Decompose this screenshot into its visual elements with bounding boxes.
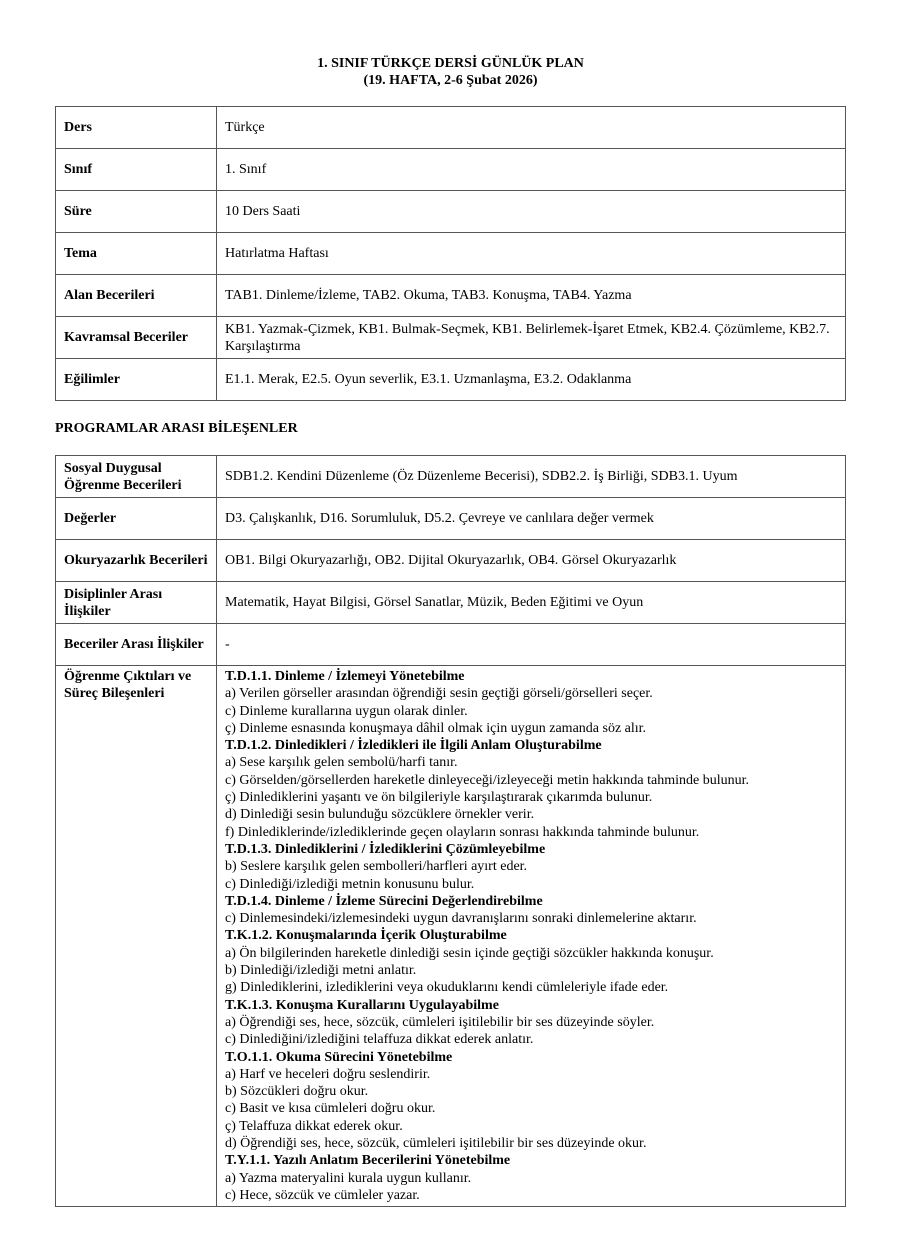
row-value: D3. Çalışkanlık, D16. Sorumluluk, D5.2. … <box>217 498 846 540</box>
outcome-item: ç) Dinleme esnasında konuşmaya dâhil olm… <box>225 720 837 737</box>
table-row-beceriler-arasi: Beceriler Arası İlişkiler - <box>56 624 846 666</box>
table-row-sinif: Sınıf 1. Sınıf <box>56 149 846 191</box>
table-row-alan-becerileri: Alan Becerileri TAB1. Dinleme/İzleme, TA… <box>56 275 846 317</box>
outcome-item: a) Ön bilgilerinden hareketle dinlediği … <box>225 945 837 962</box>
row-value: 1. Sınıf <box>217 149 846 191</box>
outcome-item: c) Dinlediğini/izlediğini telaffuza dikk… <box>225 1031 837 1048</box>
row-value: - <box>217 624 846 666</box>
general-info-table: Ders Türkçe Sınıf 1. Sınıf Süre 10 Ders … <box>55 106 846 401</box>
row-value: TAB1. Dinleme/İzleme, TAB2. Okuma, TAB3.… <box>217 275 846 317</box>
row-label: Tema <box>56 233 217 275</box>
outcome-item: a) Sese karşılık gelen sembolü/harfi tan… <box>225 754 837 771</box>
outcome-item: g) Dinlediklerini, izlediklerini veya ok… <box>225 979 837 996</box>
outcome-group: T.K.1.2. Konuşmalarında İçerik Oluşturab… <box>225 927 837 996</box>
row-label: Kavramsal Beceriler <box>56 317 217 359</box>
row-value: KB1. Yazmak-Çizmek, KB1. Bulmak-Seçmek, … <box>217 317 846 359</box>
row-label: Disiplinler Arası İlişkiler <box>56 582 217 624</box>
outcome-item: a) Yazma materyalini kurala uygun kullan… <box>225 1170 837 1187</box>
row-label: Okuryazarlık Becerileri <box>56 540 217 582</box>
row-label: Beceriler Arası İlişkiler <box>56 624 217 666</box>
outcome-title: T.K.1.3. Konuşma Kurallarını Uygulayabil… <box>225 997 837 1014</box>
table-row-tema: Tema Hatırlatma Haftası <box>56 233 846 275</box>
outcome-group: T.D.1.2. Dinledikleri / İzledikleri ile … <box>225 737 837 841</box>
outcome-item: c) Görselden/görsellerden hareketle dinl… <box>225 772 837 789</box>
outcome-title: T.D.1.2. Dinledikleri / İzledikleri ile … <box>225 737 837 754</box>
title-line-1: 1. SINIF TÜRKÇE DERSİ GÜNLÜK PLAN <box>55 55 846 72</box>
row-label: Ders <box>56 107 217 149</box>
outcome-title: T.D.1.3. Dinlediklerini / İzlediklerini … <box>225 841 837 858</box>
row-value: Türkçe <box>217 107 846 149</box>
outcome-title: T.D.1.1. Dinleme / İzlemeyi Yönetebilme <box>225 668 837 685</box>
title-line-2: (19. HAFTA, 2-6 Şubat 2026) <box>55 72 846 89</box>
document-title: 1. SINIF TÜRKÇE DERSİ GÜNLÜK PLAN (19. H… <box>55 55 846 89</box>
row-label: Sosyal Duygusal Öğrenme Becerileri <box>56 456 217 498</box>
table-row-ogrenme-ciktilari: Öğrenme Çıktıları ve Süreç Bileşenleri T… <box>56 666 846 1207</box>
table-row-disiplinler-arasi: Disiplinler Arası İlişkiler Matematik, H… <box>56 582 846 624</box>
outcome-item: c) Dinleme kurallarına uygun olarak dinl… <box>225 703 837 720</box>
outcome-item: b) Seslere karşılık gelen sembolleri/har… <box>225 858 837 875</box>
outcome-item: b) Dinlediği/izlediği metni anlatır. <box>225 962 837 979</box>
table-row-sosyal-duygusal: Sosyal Duygusal Öğrenme Becerileri SDB1.… <box>56 456 846 498</box>
row-label: Eğilimler <box>56 359 217 401</box>
row-label: Değerler <box>56 498 217 540</box>
outcome-item: c) Hece, sözcük ve cümleler yazar. <box>225 1187 837 1204</box>
outcome-item: a) Harf ve heceleri doğru seslendirir. <box>225 1066 837 1083</box>
table-row-okuryazarlik: Okuryazarlık Becerileri OB1. Bilgi Okury… <box>56 540 846 582</box>
row-value: Hatırlatma Haftası <box>217 233 846 275</box>
row-value: SDB1.2. Kendini Düzenleme (Öz Düzenleme … <box>217 456 846 498</box>
row-label: Öğrenme Çıktıları ve Süreç Bileşenleri <box>56 666 217 1207</box>
outcome-title: T.O.1.1. Okuma Sürecini Yönetebilme <box>225 1049 837 1066</box>
row-value: E1.1. Merak, E2.5. Oyun severlik, E3.1. … <box>217 359 846 401</box>
outcome-group: T.D.1.1. Dinleme / İzlemeyi Yönetebilmea… <box>225 668 837 737</box>
outcomes-list: T.D.1.1. Dinleme / İzlemeyi Yönetebilmea… <box>217 666 846 1207</box>
outcome-item: c) Dinlemesindeki/izlemesindeki uygun da… <box>225 910 837 927</box>
row-label: Sınıf <box>56 149 217 191</box>
table-row-sure: Süre 10 Ders Saati <box>56 191 846 233</box>
outcome-item: a) Öğrendiği ses, hece, sözcük, cümleler… <box>225 1014 837 1031</box>
table-row-kavramsal-beceriler: Kavramsal Beceriler KB1. Yazmak-Çizmek, … <box>56 317 846 359</box>
row-value: Matematik, Hayat Bilgisi, Görsel Sanatla… <box>217 582 846 624</box>
outcome-item: f) Dinlediklerinde/izlediklerinde geçen … <box>225 824 837 841</box>
table-row-egilimler: Eğilimler E1.1. Merak, E2.5. Oyun severl… <box>56 359 846 401</box>
row-value: 10 Ders Saati <box>217 191 846 233</box>
table-row-ders: Ders Türkçe <box>56 107 846 149</box>
outcome-item: ç) Dinlediklerini yaşantı ve ön bilgiler… <box>225 789 837 806</box>
outcome-item: c) Basit ve kısa cümleleri doğru okur. <box>225 1100 837 1117</box>
section-heading-programs: PROGRAMLAR ARASI BİLEŞENLER <box>55 420 846 437</box>
outcome-title: T.Y.1.1. Yazılı Anlatım Becerilerini Yön… <box>225 1152 837 1169</box>
outcome-title: T.D.1.4. Dinleme / İzleme Sürecini Değer… <box>225 893 837 910</box>
table-row-degerler: Değerler D3. Çalışkanlık, D16. Sorumlulu… <box>56 498 846 540</box>
outcome-item: c) Dinlediği/izlediği metnin konusunu bu… <box>225 876 837 893</box>
row-value: OB1. Bilgi Okuryazarlığı, OB2. Dijital O… <box>217 540 846 582</box>
row-label: Süre <box>56 191 217 233</box>
outcome-group: T.D.1.4. Dinleme / İzleme Sürecini Değer… <box>225 893 837 928</box>
row-label: Alan Becerileri <box>56 275 217 317</box>
outcome-item: ç) Telaffuza dikkat ederek okur. <box>225 1118 837 1135</box>
outcome-group: T.D.1.3. Dinlediklerini / İzlediklerini … <box>225 841 837 893</box>
outcome-group: T.O.1.1. Okuma Sürecini Yönetebilmea) Ha… <box>225 1049 837 1153</box>
outcome-group: T.K.1.3. Konuşma Kurallarını Uygulayabil… <box>225 997 837 1049</box>
outcome-item: d) Dinlediği sesin bulunduğu sözcüklere … <box>225 806 837 823</box>
outcome-item: d) Öğrendiği ses, hece, sözcük, cümleler… <box>225 1135 837 1152</box>
programs-table: Sosyal Duygusal Öğrenme Becerileri SDB1.… <box>55 455 846 1207</box>
document-page: 1. SINIF TÜRKÇE DERSİ GÜNLÜK PLAN (19. H… <box>55 0 846 1207</box>
outcome-item: a) Verilen görseller arasından öğrendiği… <box>225 685 837 702</box>
outcome-item: b) Sözcükleri doğru okur. <box>225 1083 837 1100</box>
outcome-group: T.Y.1.1. Yazılı Anlatım Becerilerini Yön… <box>225 1152 837 1204</box>
outcome-title: T.K.1.2. Konuşmalarında İçerik Oluşturab… <box>225 927 837 944</box>
